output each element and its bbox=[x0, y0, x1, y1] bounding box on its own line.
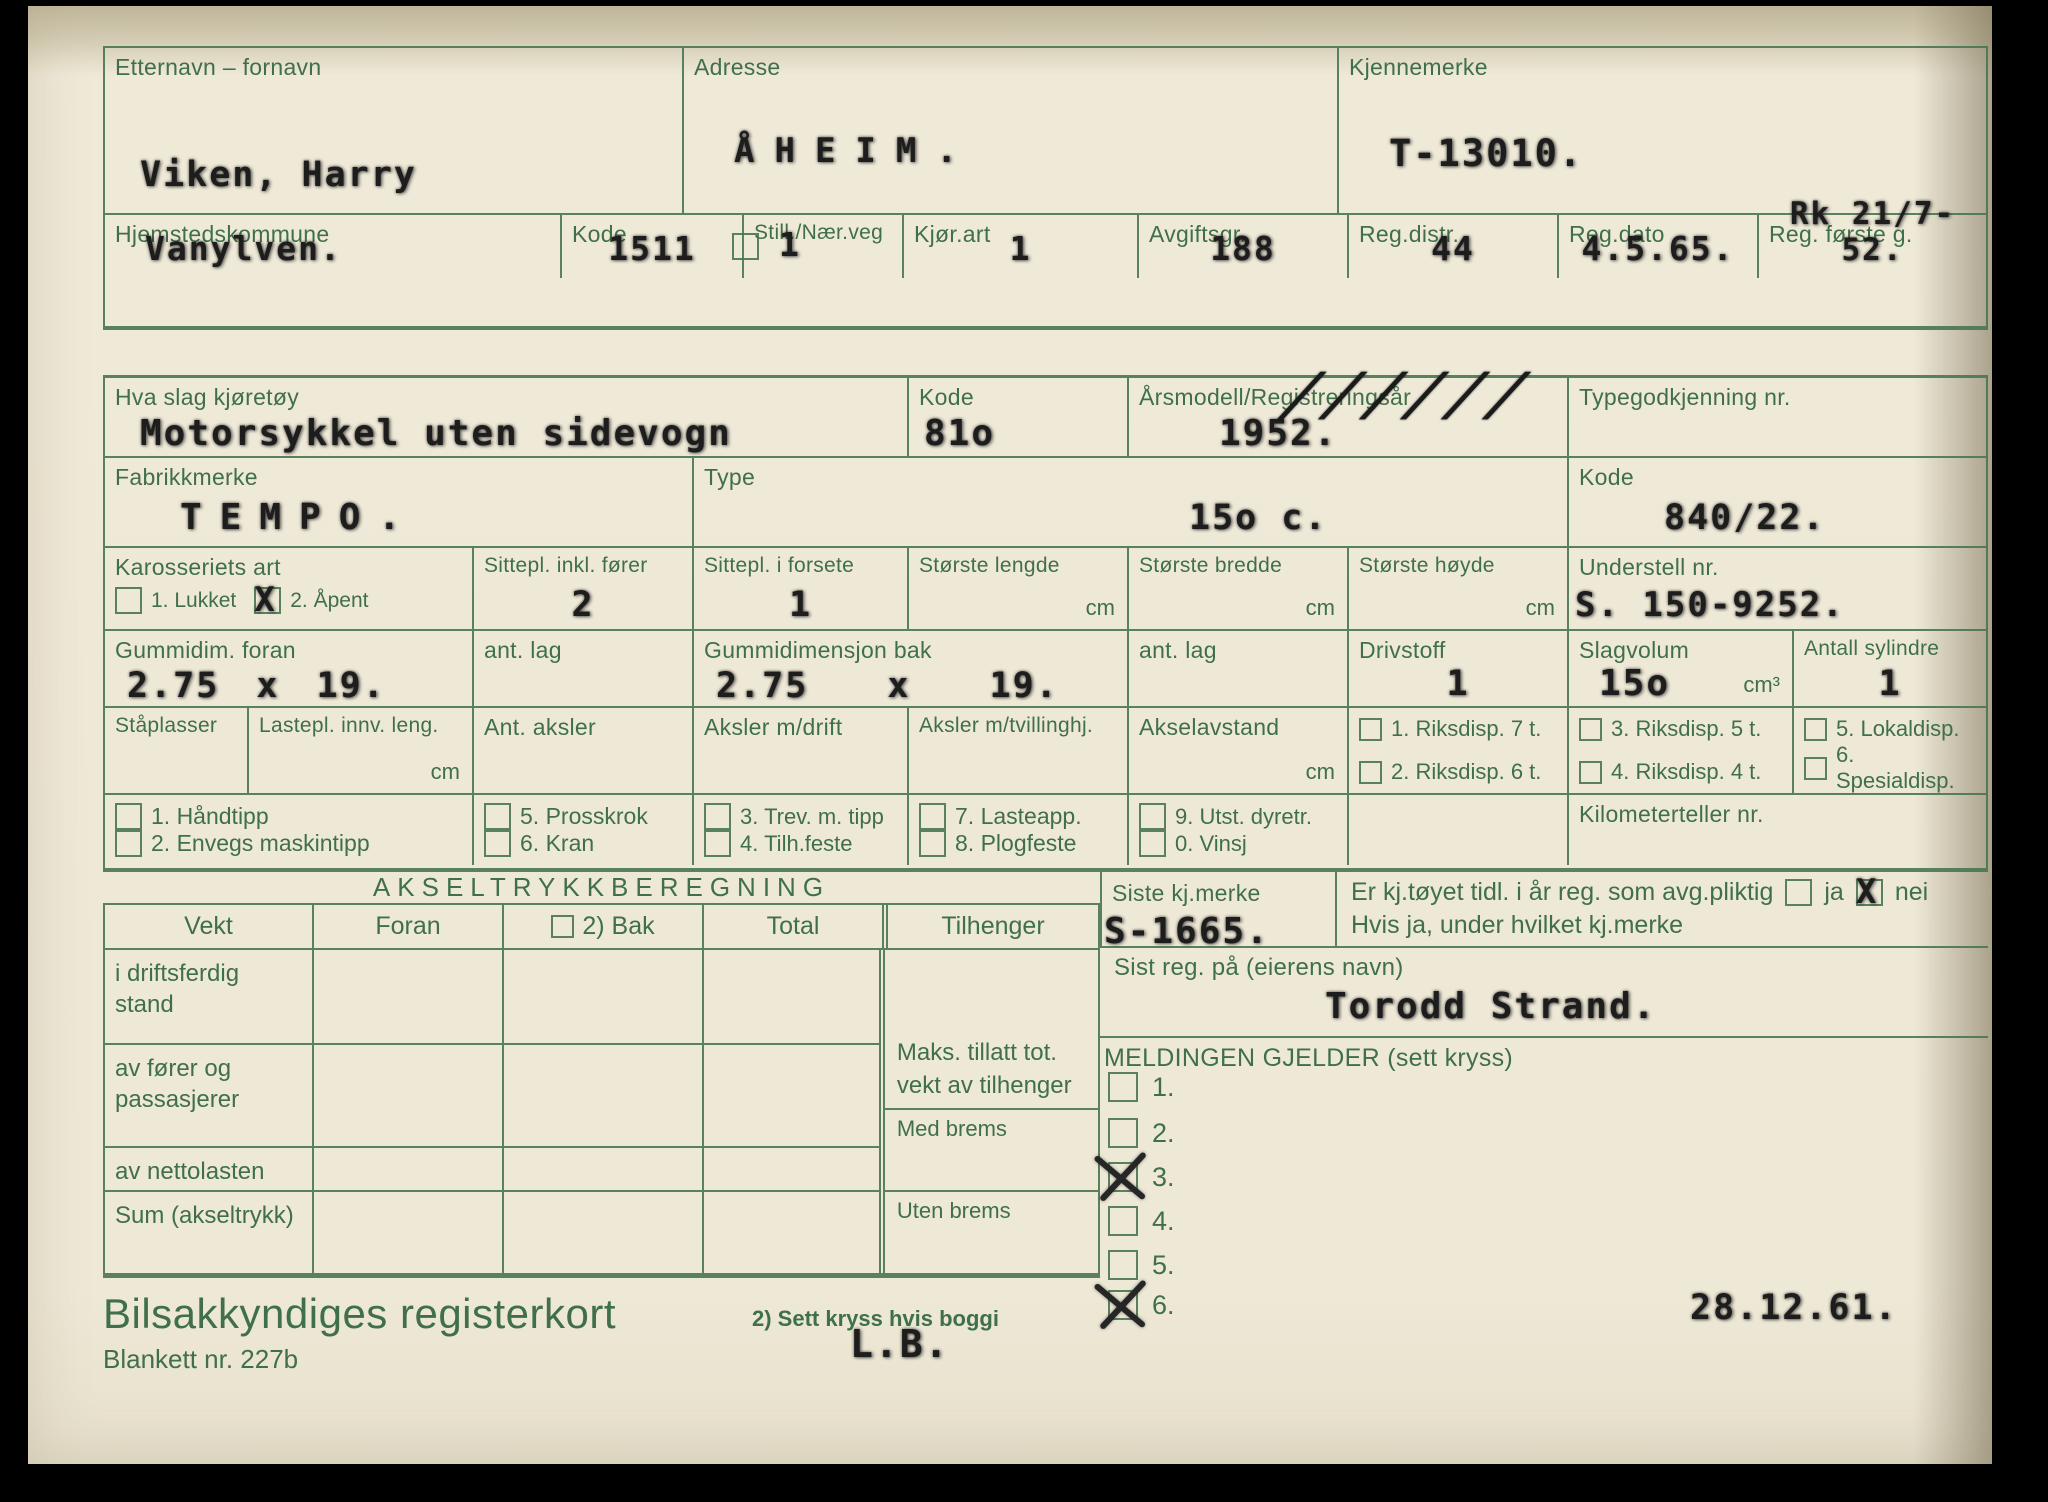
field-understell: Understell nr. S. 150-9252. bbox=[1567, 548, 1986, 629]
meldingen-num-1: 1. bbox=[1152, 1072, 1175, 1102]
meldingen-check-2[interactable] bbox=[1108, 1118, 1138, 1148]
form-title: Bilsakkyndiges registerkort bbox=[103, 1290, 616, 1338]
tilhenger-uten-brems: Uten brems bbox=[885, 1192, 1098, 1273]
drivstoff-label: Drivstoff bbox=[1359, 637, 1557, 664]
field-type-kode: Kode 840/22. bbox=[1567, 458, 1986, 546]
cell-empty[interactable] bbox=[312, 1148, 502, 1190]
slagvolum-value: 15o bbox=[1599, 663, 1670, 704]
apent-checkbox[interactable]: X bbox=[254, 587, 281, 614]
meldingen-check-3[interactable] bbox=[1108, 1162, 1138, 1192]
siste-kjmerke-row: Siste kj.merke S-1665. Er kj.tøyet tidl.… bbox=[1100, 872, 1988, 948]
field-lokaldisp: 5. Lokaldisp. 6. Spesialdisp. bbox=[1792, 708, 1986, 793]
nei-checkmark: X bbox=[1856, 872, 1876, 912]
meldingen-num-4: 4. bbox=[1152, 1206, 1175, 1236]
avgiftsgr-value: 188 bbox=[1139, 229, 1347, 268]
cell-empty[interactable] bbox=[702, 950, 879, 1043]
akselavstand-unit: cm bbox=[1306, 759, 1335, 785]
field-sittepl-forsete: Sittepl. i forsete 1 bbox=[692, 548, 907, 629]
kode-value: 1511 bbox=[562, 229, 742, 268]
meldingen-num-6: 6. bbox=[1152, 1290, 1175, 1320]
vehicle-block: Hva slag kjøretøy Motorsykkel uten sidev… bbox=[103, 375, 1988, 872]
field-antaksler: Ant. aksler bbox=[472, 708, 692, 793]
hoyde-unit: cm bbox=[1526, 595, 1555, 621]
field-kilometerteller: Kilometerteller nr. bbox=[1567, 795, 1986, 865]
tilhfeste-checkbox[interactable] bbox=[704, 830, 731, 857]
field-regforste: Reg. første g. Rk 21/7-52. bbox=[1757, 215, 1986, 278]
sist-reg-label: Sist reg. på (eierens navn) bbox=[1114, 954, 1974, 982]
ja-label: ja bbox=[1824, 878, 1843, 907]
col-total: Total bbox=[702, 905, 882, 948]
field-drivstoff: Drivstoff 1 bbox=[1347, 631, 1567, 706]
typegodkjenning-label: Typegodkjenning nr. bbox=[1579, 384, 1976, 411]
plogfeste-checkbox[interactable] bbox=[919, 830, 946, 857]
slagvolum-label: Slagvolum bbox=[1579, 637, 1782, 664]
field-antlag-bak: ant. lag bbox=[1127, 631, 1347, 706]
kjoretoy-kode-label: Kode bbox=[919, 384, 1117, 411]
akselavstand-label: Akselavstand bbox=[1139, 714, 1337, 741]
riksdisp4-label: 4. Riksdisp. 4 t. bbox=[1611, 759, 1761, 785]
gummi-foran-value: 2.75 x 19. bbox=[127, 666, 386, 706]
gummi-bak-value: 2.75 x 19. bbox=[716, 666, 1059, 706]
cell-empty[interactable] bbox=[502, 1045, 702, 1146]
etternavn-label: Etternavn – fornavn bbox=[115, 54, 672, 81]
field-kjoretoy-kode: Kode 81o bbox=[907, 378, 1127, 456]
meldingen-num-2: 2. bbox=[1152, 1118, 1175, 1148]
meldingen-check-6[interactable] bbox=[1108, 1290, 1138, 1320]
field-hoyde: Største høyde cm bbox=[1347, 548, 1567, 629]
field-riksdisp-a: 1. Riksdisp. 7 t. 2. Riksdisp. 6 t. bbox=[1347, 708, 1567, 793]
axle-table-title: AKSELTRYKKBEREGNING bbox=[103, 872, 1100, 903]
meldingen-check-4[interactable] bbox=[1108, 1206, 1138, 1236]
field-arsmodell: Årsmodell/Registreringsår 1952. ////// bbox=[1127, 378, 1567, 456]
row-label-nettolast: av nettolasten bbox=[105, 1148, 312, 1190]
adresse-label: Adresse bbox=[694, 54, 1327, 81]
cell-empty[interactable] bbox=[312, 1192, 502, 1273]
meldingen-label: MELDINGEN GJELDER (sett kryss) bbox=[1104, 1044, 1513, 1073]
cell-empty[interactable] bbox=[702, 1045, 879, 1146]
gummi-bak-label: Gummidimensjon bak bbox=[704, 637, 1117, 664]
arsmodell-strikes: ////// bbox=[1270, 360, 1546, 428]
col-bak: 2) Bak bbox=[502, 905, 702, 948]
cell-empty[interactable] bbox=[312, 950, 502, 1043]
field-adresse: Adresse ÅHEIM. bbox=[682, 48, 1337, 213]
understell-label: Understell nr. bbox=[1579, 554, 1976, 581]
lukket-checkbox[interactable] bbox=[115, 587, 142, 614]
lokaldisp-label: 5. Lokaldisp. bbox=[1836, 716, 1960, 742]
vinsj-checkbox[interactable] bbox=[1139, 830, 1166, 857]
antaksler-label: Ant. aksler bbox=[484, 714, 682, 741]
field-empty bbox=[1347, 795, 1567, 865]
avgpliktig-line2: Hvis ja, under hvilket kj.merke bbox=[1351, 911, 1974, 940]
tilhfeste-label: 4. Tilh.feste bbox=[740, 831, 853, 857]
type-value: 15o c. bbox=[1189, 498, 1327, 538]
aksler-tvilling-label: Aksler m/tvillinghj. bbox=[919, 714, 1117, 738]
slagvolum-unit: cm³ bbox=[1743, 672, 1780, 698]
gummi-foran-label: Gummidim. foran bbox=[115, 637, 462, 664]
sittepl-forsete-label: Sittepl. i forsete bbox=[704, 554, 897, 578]
field-kjennemerke: Kjennemerke T-13010. bbox=[1337, 48, 1986, 213]
field-karosseri: Karosseriets art 1. Lukket X2. Åpent bbox=[105, 548, 472, 629]
table-row: av fører og passasjerer bbox=[105, 1045, 879, 1148]
initials-stamp: L.B. bbox=[850, 1322, 950, 1366]
trev-checkbox[interactable] bbox=[704, 803, 731, 830]
field-type: Type 15o c. bbox=[692, 458, 1567, 546]
cell-empty[interactable] bbox=[312, 1045, 502, 1146]
sylindre-label: Antall sylindre bbox=[1804, 637, 1976, 661]
bredde-unit: cm bbox=[1306, 595, 1335, 621]
lastepl-label: Lastepl. innv. leng. bbox=[259, 714, 462, 738]
col-tilhenger: Tilhenger bbox=[882, 905, 1098, 948]
form-number: Blankett nr. 227b bbox=[103, 1344, 298, 1375]
maskintipp-checkbox[interactable] bbox=[115, 830, 142, 857]
table-row: Sum (akseltrykk) bbox=[105, 1192, 879, 1273]
riksdisp5-checkbox[interactable] bbox=[1579, 718, 1602, 741]
siste-kjmerke-label: Siste kj.merke bbox=[1112, 880, 1325, 907]
regdistr-value: 44 bbox=[1349, 229, 1557, 268]
field-sylindre: Antall sylindre 1 bbox=[1792, 631, 1986, 706]
fabrikkmerke-value: TEMPO. bbox=[180, 497, 418, 538]
hvaslag-value: Motorsykkel uten sidevogn bbox=[140, 413, 732, 454]
kjorart-value: 1 bbox=[904, 229, 1137, 268]
sittepl-forsete-value: 1 bbox=[694, 585, 907, 625]
handtipp-checkbox[interactable] bbox=[115, 803, 142, 830]
kjoretoy-kode-value: 81o bbox=[924, 413, 995, 454]
field-gummi-bak: Gummidimensjon bak 2.75 x 19. bbox=[692, 631, 1127, 706]
field-hvaslag: Hva slag kjøretøy Motorsykkel uten sidev… bbox=[105, 378, 907, 456]
field-riksdisp-b: 3. Riksdisp. 5 t. 4. Riksdisp. 4 t. bbox=[1567, 708, 1792, 793]
field-antlag-foran: ant. lag bbox=[472, 631, 692, 706]
nei-label: nei bbox=[1895, 878, 1928, 907]
understell-value: S. 150-9252. bbox=[1575, 585, 1845, 625]
antlag-bak-label: ant. lag bbox=[1139, 637, 1337, 664]
fabrikkmerke-label: Fabrikkmerke bbox=[115, 464, 682, 491]
tilhenger-med-brems: Med brems bbox=[885, 1110, 1098, 1192]
field-lastepl: Lastepl. innv. leng. cm bbox=[247, 708, 472, 793]
hjemstedskommune-value: Vanylven. bbox=[105, 229, 560, 268]
table-row: av nettolasten bbox=[105, 1148, 879, 1192]
axle-table: Vekt Foran 2) Bak Total Tilhenger i drif… bbox=[103, 903, 1100, 1278]
meldingen-num-5: 5. bbox=[1152, 1250, 1175, 1280]
type-kode-label: Kode bbox=[1579, 464, 1976, 491]
field-aksler-drift: Aksler m/drift bbox=[692, 708, 907, 793]
etternavn-value: Viken, Harry bbox=[140, 155, 417, 195]
cell-empty[interactable] bbox=[502, 950, 702, 1043]
hoyde-label: Største høyde bbox=[1359, 554, 1557, 578]
lastepl-unit: cm bbox=[431, 759, 460, 785]
field-regdato: Reg.dato 4.5.65. bbox=[1557, 215, 1757, 278]
vinsj-label: 0. Vinsj bbox=[1175, 831, 1247, 857]
col-bak-label: 2) Bak bbox=[582, 912, 654, 941]
sist-reg-value: Torodd Strand. bbox=[1325, 986, 1656, 1027]
lengde-unit: cm bbox=[1086, 595, 1115, 621]
sylindre-value: 1 bbox=[1794, 664, 1986, 704]
ja-checkbox[interactable] bbox=[1785, 879, 1812, 906]
nei-checkbox[interactable]: X bbox=[1856, 879, 1883, 906]
siste-kjmerke-value: S-1665. bbox=[1104, 911, 1270, 952]
meldingen-check-1[interactable] bbox=[1108, 1072, 1138, 1102]
riksdisp7-checkbox[interactable] bbox=[1359, 718, 1382, 741]
sittepl-forer-value: 2 bbox=[474, 585, 692, 625]
prosskrok-checkbox[interactable] bbox=[484, 803, 511, 830]
regdato-value: 4.5.65. bbox=[1559, 229, 1757, 268]
field-avgiftsgr: Avgiftsgr. 188 bbox=[1137, 215, 1347, 278]
lengde-label: Største lengde bbox=[919, 554, 1117, 578]
spesialdisp-checkbox[interactable] bbox=[1804, 757, 1827, 780]
kran-checkbox[interactable] bbox=[484, 830, 511, 857]
cell-empty[interactable] bbox=[702, 1148, 879, 1190]
still-checkbox[interactable] bbox=[732, 233, 759, 260]
table-row: i driftsferdig stand bbox=[105, 950, 879, 1045]
field-prosskrok: 5. Prosskrok 6. Kran bbox=[472, 795, 692, 865]
row-label-sum: Sum (akseltrykk) bbox=[105, 1192, 312, 1273]
trev-label: 3. Trev. m. tipp bbox=[740, 804, 884, 830]
row-label-driftsferdig: i driftsferdig stand bbox=[105, 950, 312, 1043]
hvaslag-label: Hva slag kjøretøy bbox=[115, 384, 897, 411]
prosskrok-label: 5. Prosskrok bbox=[520, 803, 648, 830]
meldingen-check-5[interactable] bbox=[1108, 1250, 1138, 1280]
field-etternavn: Etternavn – fornavn Viken, Harry bbox=[105, 48, 682, 213]
cell-empty[interactable] bbox=[502, 1192, 702, 1273]
aksler-drift-label: Aksler m/drift bbox=[704, 714, 897, 741]
lasteapp-checkbox[interactable] bbox=[919, 803, 946, 830]
field-regdistr: Reg.distr. 44 bbox=[1347, 215, 1557, 278]
staplasser-label: Ståplasser bbox=[115, 714, 237, 738]
handtipp-label: 1. Håndtipp bbox=[151, 803, 269, 830]
bredde-label: Største bredde bbox=[1139, 554, 1337, 578]
field-avgpliktig: Er kj.tøyet tidl. i år reg. som avg.plik… bbox=[1335, 872, 1988, 946]
field-tipp: 1. Håndtipp 2. Envegs maskintipp bbox=[105, 795, 472, 865]
col-vekt: Vekt bbox=[105, 905, 312, 948]
cell-empty[interactable] bbox=[702, 1192, 879, 1273]
spesialdisp-label: 6. Spesialdisp. bbox=[1836, 742, 1976, 794]
row-label-forer: av fører og passasjerer bbox=[105, 1045, 312, 1146]
field-still: Still./Nær.veg 1 bbox=[742, 215, 902, 278]
field-sittepl-forer: Sittepl. inkl. fører 2 bbox=[472, 548, 692, 629]
kjennemerke-label: Kjennemerke bbox=[1349, 54, 1976, 81]
riksdisp6-checkbox[interactable] bbox=[1359, 761, 1382, 784]
tilhenger-column: Maks. tillatt tot. vekt av tilhenger Med… bbox=[879, 950, 1098, 1273]
field-staplasser: Ståplasser bbox=[105, 708, 247, 793]
meldingen-item-1: 1. bbox=[1108, 1072, 1175, 1102]
field-utst: 9. Utst. dyretr. 0. Vinsj bbox=[1127, 795, 1347, 865]
type-kode-value: 840/22. bbox=[1664, 498, 1826, 538]
scanned-registration-card: Etternavn – fornavn Viken, Harry Adresse… bbox=[0, 0, 2048, 1502]
field-gummi-foran: Gummidim. foran 2.75 x 19. bbox=[105, 631, 472, 706]
field-aksler-tvilling: Aksler m/tvillinghj. bbox=[907, 708, 1127, 793]
meldingen-item-3: 3. bbox=[1108, 1162, 1175, 1192]
lukket-label: 1. Lukket bbox=[151, 589, 236, 613]
avgpliktig-question: Er kj.tøyet tidl. i år reg. som avg.plik… bbox=[1351, 878, 1773, 907]
lasteapp-label: 7. Lasteapp. bbox=[955, 803, 1082, 830]
field-typegodkjenning: Typegodkjenning nr. bbox=[1567, 378, 1986, 456]
tilhenger-maks: Maks. tillatt tot. vekt av tilhenger bbox=[885, 950, 1098, 1110]
still-label: Still./Nær.veg bbox=[754, 221, 892, 245]
boggi-checkbox[interactable] bbox=[551, 915, 574, 938]
field-siste-kjmerke: Siste kj.merke S-1665. bbox=[1102, 872, 1335, 946]
regforste-value: Rk 21/7-52. bbox=[1759, 196, 1986, 268]
field-akselavstand: Akselavstand cm bbox=[1127, 708, 1347, 793]
field-hjemstedskommune: Hjemstedskommune Vanylven. bbox=[105, 215, 560, 278]
dyretr-checkbox[interactable] bbox=[1139, 803, 1166, 830]
field-kode: Kode 1511 bbox=[560, 215, 742, 278]
drivstoff-value: 1 bbox=[1349, 664, 1567, 704]
type-label: Type bbox=[704, 464, 1557, 491]
field-lengde: Største lengde cm bbox=[907, 548, 1127, 629]
adresse-value: ÅHEIM. bbox=[734, 131, 977, 171]
meldingen-num-3: 3. bbox=[1152, 1162, 1175, 1192]
sittepl-forer-label: Sittepl. inkl. fører bbox=[484, 554, 682, 578]
cell-empty[interactable] bbox=[502, 1148, 702, 1190]
kjennemerke-value: T-13010. bbox=[1389, 132, 1583, 175]
apent-checkmark: X bbox=[254, 580, 274, 620]
field-trev: 3. Trev. m. tipp 4. Tilh.feste bbox=[692, 795, 907, 865]
stamp-date: 28.12.61. bbox=[1690, 1288, 1898, 1328]
dyretr-label: 9. Utst. dyretr. bbox=[1175, 804, 1312, 830]
field-bredde: Største bredde cm bbox=[1127, 548, 1347, 629]
riksdisp5-label: 3. Riksdisp. 5 t. bbox=[1611, 716, 1761, 742]
lokaldisp-checkbox[interactable] bbox=[1804, 718, 1827, 741]
karosseri-label: Karosseriets art bbox=[115, 554, 462, 581]
riksdisp6-label: 2. Riksdisp. 6 t. bbox=[1391, 759, 1541, 785]
plogfeste-label: 8. Plogfeste bbox=[955, 830, 1076, 857]
field-fabrikkmerke: Fabrikkmerke TEMPO. bbox=[105, 458, 692, 546]
owner-block: Etternavn – fornavn Viken, Harry Adresse… bbox=[103, 46, 1988, 330]
meldingen-item-2: 2. bbox=[1108, 1118, 1175, 1148]
field-lasteapp: 7. Lasteapp. 8. Plogfeste bbox=[907, 795, 1127, 865]
meldingen-item-4: 4. bbox=[1108, 1206, 1175, 1236]
kran-label: 6. Kran bbox=[520, 830, 594, 857]
col-foran: Foran bbox=[312, 905, 502, 948]
apent-label: 2. Åpent bbox=[290, 589, 368, 613]
meldingen-item-5: 5. bbox=[1108, 1250, 1175, 1280]
field-slagvolum: Slagvolum 15o cm³ bbox=[1567, 631, 1792, 706]
still-value: 1 bbox=[779, 225, 801, 264]
maskintipp-label: 2. Envegs maskintipp bbox=[151, 830, 370, 857]
riksdisp7-label: 1. Riksdisp. 7 t. bbox=[1391, 716, 1541, 742]
kilometerteller-label: Kilometerteller nr. bbox=[1579, 801, 1976, 828]
riksdisp4-checkbox[interactable] bbox=[1579, 761, 1602, 784]
antlag-foran-label: ant. lag bbox=[484, 637, 682, 664]
field-sist-reg: Sist reg. på (eierens navn) Torodd Stran… bbox=[1100, 948, 1988, 1038]
field-kjorart: Kjør.art 1 bbox=[902, 215, 1137, 278]
meldingen-item-6: 6. bbox=[1108, 1290, 1175, 1320]
